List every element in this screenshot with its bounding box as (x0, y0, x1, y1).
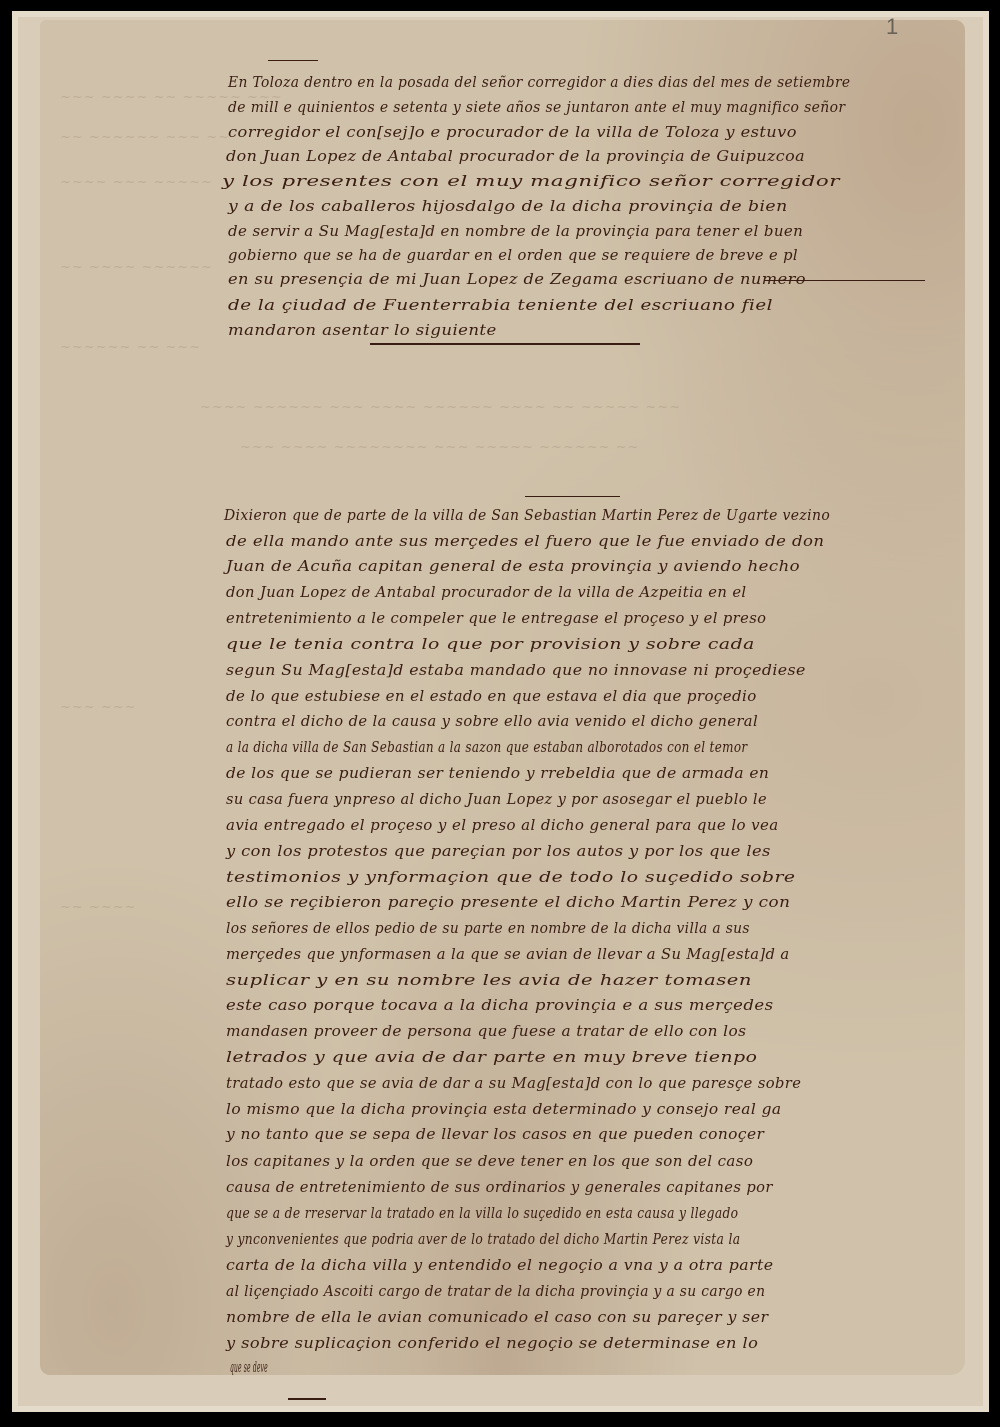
text-line: su casa fuera ynpreso al dicho Juan Lope… (226, 790, 767, 808)
text-line: don Juan Lopez de Antabal procurador de … (226, 147, 805, 165)
text-line: los señores de ellos pedio de su parte e… (226, 919, 750, 937)
text-line: y con los protestos que pareçian por los… (226, 842, 771, 860)
text-line: Dixieron que de parte de la villa de San… (224, 506, 830, 524)
text-line: lo mismo que la dicha provinçia esta det… (226, 1100, 782, 1118)
text-line: de servir a Su Mag[esta]d en nombre de l… (228, 222, 803, 240)
text-line: que le tenia contra lo que por provision… (226, 635, 755, 653)
text-line: suplicar y en su nombre les avia de haze… (226, 971, 752, 989)
text-line: letrados y que avia de dar parte en muy … (226, 1048, 757, 1066)
text-line: carta de la dicha villa y entendido el n… (226, 1256, 773, 1274)
text-line: al liçençiado Ascoiti cargo de tratar de… (226, 1282, 765, 1300)
text-line: tratado esto que se avia de dar a su Mag… (226, 1074, 801, 1092)
text-line: y sobre suplicaçion conferido el negoçio… (226, 1334, 758, 1352)
text-line: los capitanes y la orden que se deve ten… (226, 1152, 753, 1170)
text-line: causa de entretenimiento de sus ordinari… (226, 1178, 773, 1196)
text-line: de la çiudad de Fuenterrabia teniente de… (228, 296, 773, 314)
header-flourish (525, 496, 620, 497)
closing-rule (370, 343, 640, 345)
text-line: en su presençia de mi Juan Lopez de Zega… (228, 270, 806, 288)
text-line: mandasen proveer de persona que fuese a … (226, 1022, 746, 1040)
text-line: y ynconvenientes que podria aver de lo t… (226, 1230, 740, 1248)
text-line: a la dicha villa de San Sebastian a la s… (226, 738, 747, 756)
text-line: nombre de ella le avian comunicado el ca… (226, 1308, 768, 1326)
text-line: de mill e quinientos e setenta y siete a… (228, 98, 845, 116)
text-line: contra el dicho de la causa y sobre ello… (226, 712, 758, 730)
header-flourish (268, 60, 318, 61)
text-line: y a de los caballeros hijosdalgo de la d… (228, 197, 788, 215)
text-line: testimonios y ynformaçion que de todo lo… (226, 868, 796, 886)
text-line: ello se reçibieron pareçio presente el d… (226, 893, 790, 911)
text-line: de lo que estubiese en el estado en que … (226, 687, 757, 705)
text-line: Juan de Acuña capitan general de esta pr… (226, 557, 800, 575)
folio-number: 1 (886, 14, 898, 40)
text-line: y los presentes con el muy magnifico señ… (222, 172, 840, 190)
text-line: segun Su Mag[esta]d estaba mandado que n… (226, 661, 806, 679)
text-line: que se a de rreservar la tratado en la v… (226, 1204, 738, 1222)
closing-rule (288, 1398, 326, 1400)
text-line: este caso porque tocava a la dicha provi… (226, 996, 774, 1014)
text-line: gobierno que se ha de guardar en el orde… (228, 246, 798, 264)
text-line: y no tanto que se sepa de llevar los cas… (226, 1125, 764, 1143)
text-line: de los que se pudieran ser teniendo y rr… (226, 764, 769, 782)
text-line: mandaron asentar lo siguiente (228, 321, 497, 339)
text-line: de ella mando ante sus merçedes el fuero… (226, 532, 824, 550)
text-line: entretenimiento a le compeler que le ent… (226, 609, 766, 627)
text-line: don Juan Lopez de Antabal procurador de … (226, 583, 747, 601)
text-line: corregidor el con[sej]o e procurador de … (228, 123, 797, 141)
text-line: que se deve (230, 1358, 268, 1376)
text-line: avia entregado el proçeso y el preso al … (226, 816, 779, 834)
text-line: En Toloza dentro en la posada del señor … (228, 73, 850, 91)
text-line: merçedes que ynformasen a la que se avia… (226, 945, 790, 963)
